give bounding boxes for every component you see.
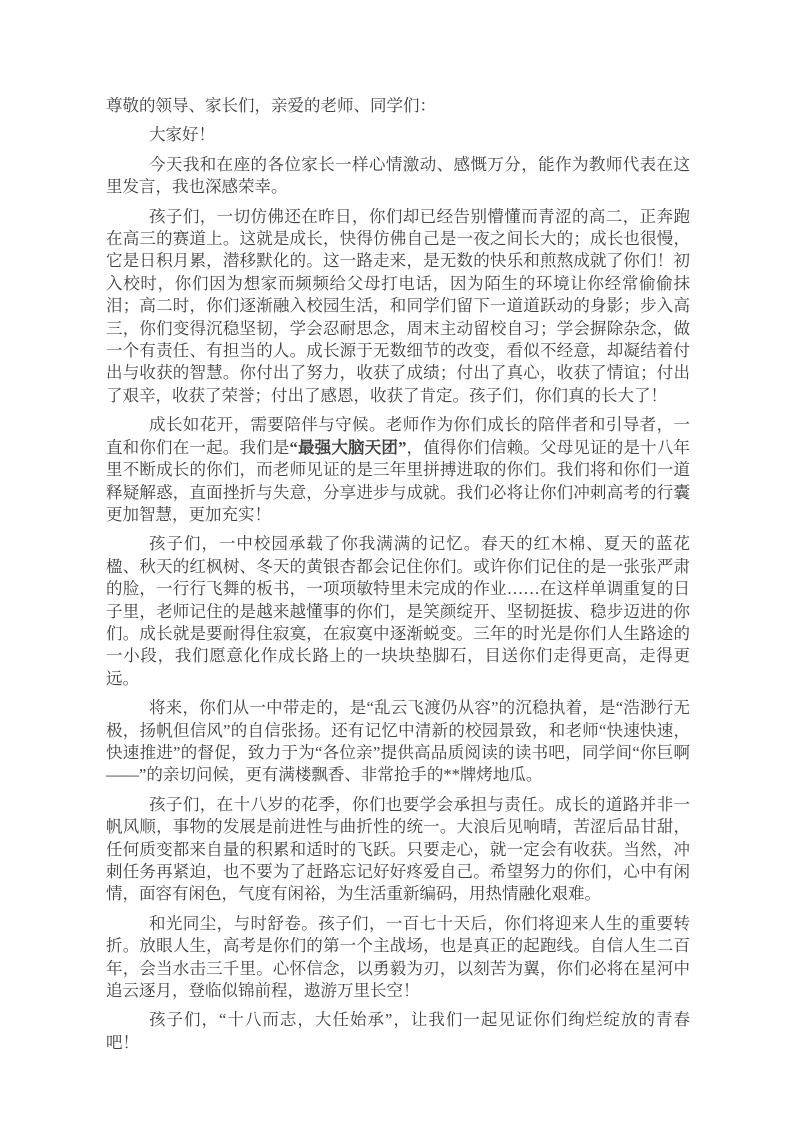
paragraph: 孩子们，在十八岁的花季，你们也要学会承担与责任。成长的道路并非一帆风顺，事物的发… <box>106 794 690 906</box>
text-run: 孩子们，“十八而志，大任始承”，让我们一起见证你们绚烂绽放的青春吧！ <box>106 1010 690 1051</box>
paragraph: 尊敬的领导、家长们，亲爱的老师、同学们： <box>106 95 690 117</box>
bold-text-run: “最强大脑天团” <box>290 438 407 457</box>
text-run: 孩子们，一切仿佛还在昨日，你们却已经告别懵懂而青涩的高二，正奔跑在高三的赛道上。… <box>106 207 690 405</box>
text-run: 孩子们，一中校园承载了你我满满的记忆。春天的红木棉、夏天的蓝花楹、秋天的红枫树、… <box>106 534 690 687</box>
text-run: 孩子们，在十八岁的花季，你们也要学会承担与责任。成长的道路并非一帆风顺，事物的发… <box>106 795 690 904</box>
paragraph: 孩子们，“十八而志，大任始承”，让我们一起见证你们绚烂绽放的青春吧！ <box>106 1009 690 1054</box>
paragraph: 今天我和在座的各位家长一样心情激动、感慨万分，能作为教师代表在这里发言，我也深感… <box>106 154 690 199</box>
text-run: 和光同尘，与时舒卷。孩子们，一百七十天后，你们将迎来人生的重要转折。放眼人生，高… <box>106 914 690 1000</box>
paragraph: 成长如花开，需要陪伴与守候。老师作为你们成长的陪伴者和引导者，一直和你们在一起。… <box>106 414 690 526</box>
paragraph: 孩子们，一切仿佛还在昨日，你们却已经告别懵懂而青涩的高二，正奔跑在高三的赛道上。… <box>106 206 690 408</box>
document-body: 尊敬的领导、家长们，亲爱的老师、同学们：大家好！今天我和在座的各位家长一样心情激… <box>106 95 690 1054</box>
document-page: 尊敬的领导、家长们，亲爱的老师、同学们：大家好！今天我和在座的各位家长一样心情激… <box>0 0 793 1122</box>
paragraph: 将来，你们从一中带走的，是“乱云飞渡仍从容”的沉稳执着，是“浩渺行无极，扬帆但信… <box>106 697 690 787</box>
paragraph: 和光同尘，与时舒卷。孩子们，一百七十天后，你们将迎来人生的重要转折。放眼人生，高… <box>106 913 690 1003</box>
text-run: 今天我和在座的各位家长一样心情激动、感慨万分，能作为教师代表在这里发言，我也深感… <box>106 155 690 196</box>
paragraph: 大家好！ <box>106 124 690 146</box>
text-run: 大家好！ <box>149 125 215 144</box>
text-run: 尊敬的领导、家长们，亲爱的老师、同学们： <box>106 96 436 115</box>
text-run: 将来，你们从一中带走的，是“乱云飞渡仍从容”的沉稳执着，是“浩渺行无极，扬帆但信… <box>106 698 690 784</box>
paragraph: 孩子们，一中校园承载了你我满满的记忆。春天的红木棉、夏天的蓝花楹、秋天的红枫树、… <box>106 533 690 690</box>
